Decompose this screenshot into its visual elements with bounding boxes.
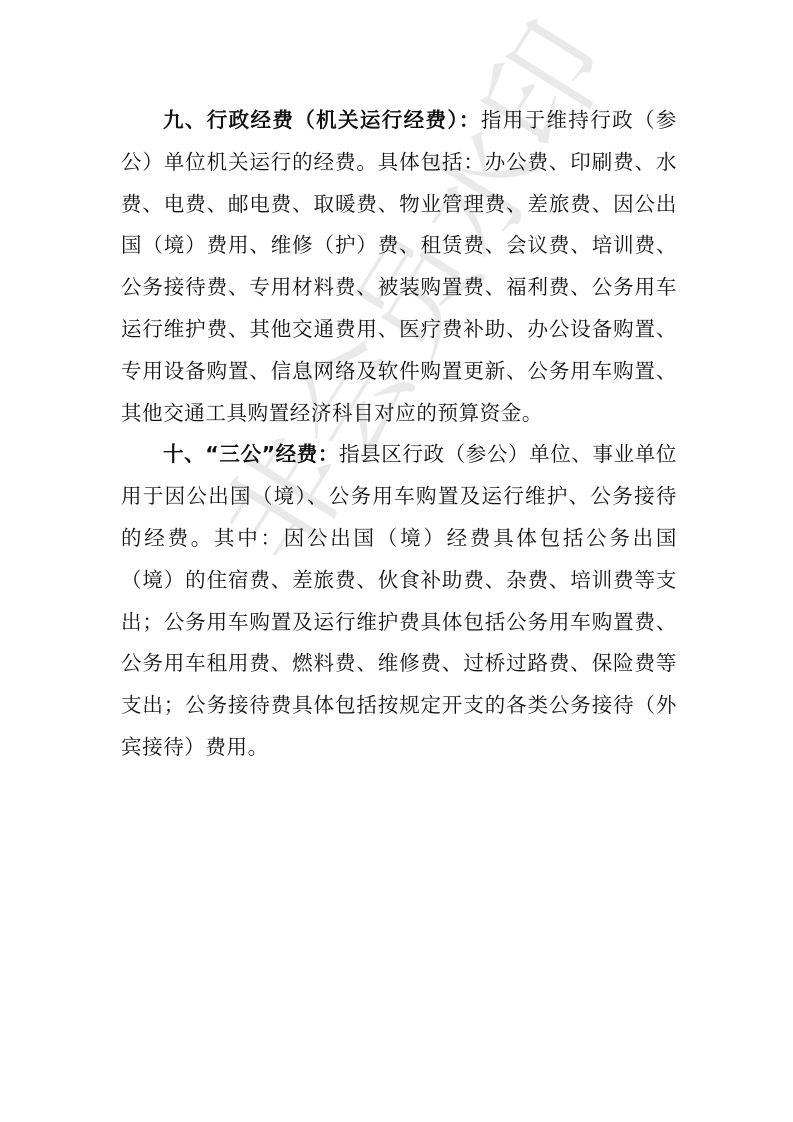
section-body: 指县区行政（参公）单位、事业单位用于因公出国（境）、公务用车购置及运行维护、公务… bbox=[121, 442, 677, 759]
section-heading: 九、行政经费（机关运行经费）： bbox=[163, 108, 481, 132]
section-three-public-expenses: 十、“三公”经费：指县区行政（参公）单位、事业单位用于因公出国（境）、公务用车购… bbox=[121, 434, 677, 768]
document-page: 九、行政经费（机关运行经费）：指用于维持行政（参公）单位机关运行的经费。具体包括… bbox=[121, 100, 677, 769]
section-body: 指用于维持行政（参公）单位机关运行的经费。具体包括：办公费、印刷费、水费、电费、… bbox=[121, 108, 677, 425]
section-heading: 十、“三公”经费： bbox=[163, 442, 339, 466]
section-administrative-expenses: 九、行政经费（机关运行经费）：指用于维持行政（参公）单位机关运行的经费。具体包括… bbox=[121, 100, 677, 434]
